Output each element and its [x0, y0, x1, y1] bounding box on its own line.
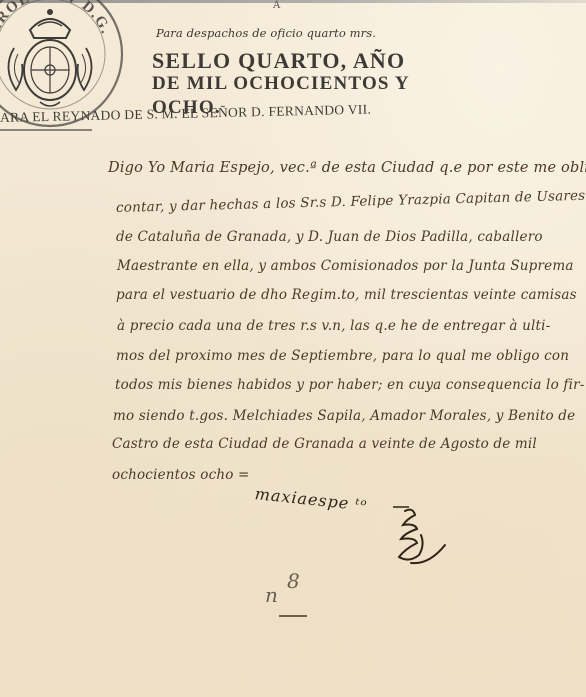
folio-number: n 8	[265, 583, 278, 607]
folio-underline	[279, 615, 307, 617]
stamp-title-line-2: de mil ochocientos y	[152, 73, 410, 95]
document-page: CAROLUS IV D.G. A Para despachos de ofic…	[0, 0, 586, 697]
body-line-3: de Cataluña de Granada, y D. Juan de Dio…	[116, 229, 543, 245]
body-line-2: contar, y dar hechas a los Sr.s D. Felip…	[116, 187, 586, 216]
body-line-10: Castro de esta Ciudad de Granada a veint…	[112, 436, 537, 452]
body-line-6: à precio cada una de tres r.s v.n, las q…	[117, 318, 550, 334]
stamp-title-line-1: Sello quarto, año	[152, 48, 405, 74]
top-mark: A	[273, 0, 280, 11]
signature: maxiaespe ᵗᵒ	[254, 484, 368, 515]
body-line-7: mos del proximo mes de Septiembre, para …	[116, 348, 569, 364]
body-line-5: para el vestuario de dho Regim.to, mil t…	[116, 287, 577, 303]
rubric-flourish-icon	[385, 505, 465, 575]
body-line-8: todos mis bienes habidos y por haber; en…	[115, 377, 585, 393]
body-line-11: ochocientos ocho =	[112, 467, 250, 483]
reign-strikethrough	[0, 129, 92, 131]
folio-prefix: n	[265, 583, 278, 607]
folio-value: 8	[287, 569, 300, 593]
body-line-1: Digo Yo Maria Espejo, vec.ª de esta Ciud…	[108, 160, 586, 176]
stamp-fee-line: Para despachos de oficio quarto mrs.	[156, 26, 376, 40]
body-line-9: mo siendo t.gos. Melchiades Sapila, Amad…	[113, 408, 575, 424]
signature-rubric	[385, 505, 465, 575]
body-line-4: Maestrante en ella, y ambos Comisionados…	[117, 258, 574, 274]
